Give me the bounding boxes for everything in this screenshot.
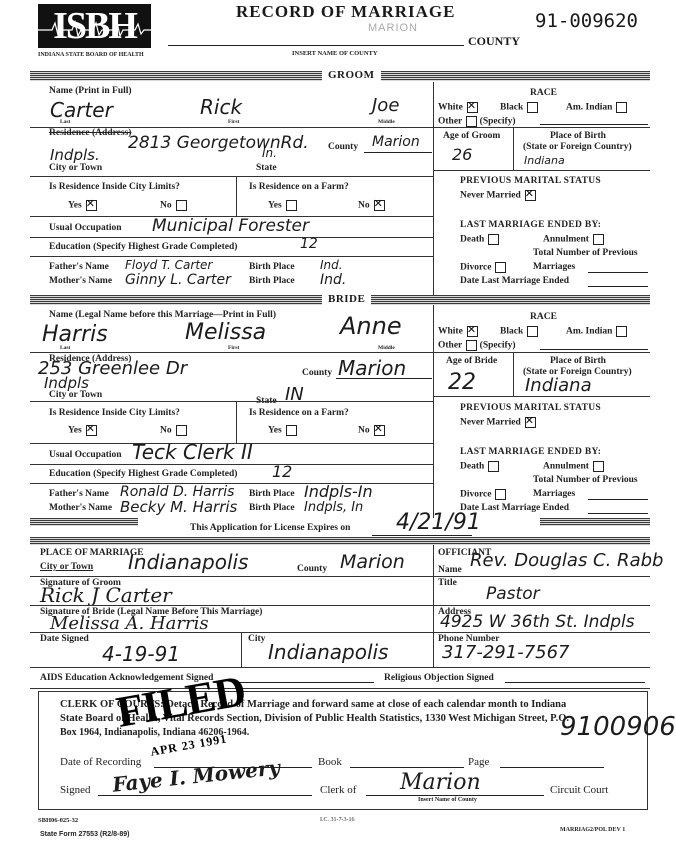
- logo-caption: INDIANA STATE BOARD OF HEALTH: [38, 52, 144, 58]
- checkbox-checked[interactable]: [525, 417, 536, 428]
- yes-label: Yes: [68, 201, 82, 211]
- never-married-label: Never Married: [460, 418, 521, 428]
- divider: [30, 464, 433, 465]
- groom-education-label: Education (Specify Highest Grade Complet…: [49, 242, 237, 252]
- county-label: COUNTY: [468, 34, 520, 49]
- specify-label: (Specify): [480, 341, 516, 351]
- dev-code: MARRIAG2/POL DEV 1: [560, 827, 625, 833]
- groom-age: 26: [452, 145, 472, 164]
- groom-race-black[interactable]: Black: [500, 102, 538, 113]
- groom-mother-label: Mother's Name: [49, 276, 112, 286]
- underline: [588, 513, 648, 514]
- groom-occupation: Municipal Forester: [152, 216, 309, 236]
- heartbeat-line-icon: [38, 20, 151, 38]
- date-recording-label: Date of Recording: [60, 756, 141, 768]
- bride-city-limits-yes[interactable]: Yes: [68, 425, 97, 436]
- groom-band: GROOM: [30, 71, 650, 81]
- officiant-name-label: Name: [438, 565, 462, 575]
- groom-residence-label: Residence (Address): [49, 128, 131, 138]
- groom-mother-birth-label: Birth Place: [249, 276, 295, 286]
- bride-father-label: Father's Name: [49, 489, 109, 499]
- groom-county: Marion: [372, 134, 420, 150]
- bride-divorce[interactable]: Divorce: [460, 489, 506, 500]
- black-label: Black: [500, 103, 523, 113]
- license-expires-label: This Application for License Expires on: [190, 523, 350, 533]
- record-number: 91-009620: [535, 10, 638, 32]
- groom-city-limits-no[interactable]: No: [160, 200, 187, 211]
- bride-never-married[interactable]: Never Married: [460, 417, 536, 428]
- groom-father-label: Father's Name: [49, 262, 109, 272]
- groom-residence: 2813 GeorgetownRd.: [128, 133, 309, 153]
- am-indian-label: Am. Indian: [566, 103, 612, 113]
- bride-mother-birthplace: Indpls, In: [304, 500, 363, 515]
- divider: [433, 127, 650, 128]
- divider: [433, 396, 650, 397]
- divider: [433, 352, 650, 353]
- county-line: [168, 45, 464, 46]
- groom-last-marriage-label: LAST MARRIAGE ENDED BY:: [460, 220, 601, 230]
- groom-mother-birthplace: Ind.: [320, 272, 346, 288]
- am-indian-label: Am. Indian: [566, 327, 612, 337]
- page-label: Page: [468, 756, 489, 768]
- divider: [433, 632, 650, 633]
- clerk-of-caption: Insert Name of County: [418, 797, 477, 803]
- checkbox[interactable]: [176, 200, 187, 211]
- circuit-court-label: Circuit Court: [550, 784, 608, 796]
- checkbox-checked[interactable]: [374, 200, 385, 211]
- underline: [588, 499, 648, 500]
- divider: [30, 352, 433, 353]
- checkbox[interactable]: [527, 102, 538, 113]
- bride-last-marriage-label: LAST MARRIAGE ENDED BY:: [460, 447, 601, 457]
- clerk-of-line[interactable]: [366, 795, 544, 796]
- no-label: No: [160, 201, 172, 211]
- bride-race-label: RACE: [530, 312, 557, 322]
- checkbox[interactable]: [616, 102, 627, 113]
- checkbox-checked[interactable]: [86, 200, 97, 211]
- middle-caption: Middle: [378, 119, 395, 125]
- checkbox[interactable]: [495, 262, 506, 273]
- checkbox[interactable]: [488, 461, 499, 472]
- groom-birthplace-label: Place of Birth: [550, 131, 606, 141]
- groom-occupation-label: Usual Occupation: [49, 223, 122, 233]
- clerk-of-label: Clerk of: [320, 784, 356, 796]
- ic-code: I.C. 31-7-3-16: [320, 817, 355, 823]
- divider: [513, 352, 514, 396]
- middle-caption: Middle: [378, 345, 395, 351]
- signed-city-label: City: [248, 634, 265, 644]
- place-county: Marion: [340, 551, 405, 573]
- county-caption: INSERT NAME OF COUNTY: [292, 50, 378, 57]
- bride-race-amindian[interactable]: Am. Indian: [566, 326, 627, 337]
- groom-section-label: GROOM: [322, 69, 381, 82]
- groom-father: Floyd T. Carter: [125, 258, 212, 272]
- checkbox[interactable]: [527, 326, 538, 337]
- place-county-label: County: [297, 564, 327, 574]
- bride-mother: Becky M. Harris: [120, 498, 237, 516]
- divider: [30, 256, 433, 257]
- groom-signature: Rick J Carter: [40, 583, 172, 607]
- checkbox[interactable]: [176, 425, 187, 436]
- bride-city-limits-no[interactable]: No: [160, 425, 187, 436]
- first-caption: First: [228, 119, 239, 125]
- bride-signature: Melissa A. Harris: [50, 613, 209, 634]
- groom-first-name: Rick: [200, 95, 242, 119]
- groom-county-label: County: [328, 142, 358, 152]
- groom-farm-yes[interactable]: Yes: [268, 200, 297, 211]
- divorce-label: Divorce: [460, 263, 491, 273]
- annulment-label: Annulment: [543, 235, 589, 245]
- checkbox[interactable]: [495, 489, 506, 500]
- bride-last-name: Harris: [42, 322, 108, 347]
- divider: [433, 170, 650, 171]
- divider: [30, 576, 433, 577]
- bride-date-last-label: Date Last Marriage Ended: [460, 503, 569, 513]
- bride-birthplace-label: Place of Birth: [550, 356, 606, 366]
- groom-birthplace-sublabel: (State or Foreign Country): [523, 142, 632, 152]
- divider: [433, 545, 434, 667]
- bride-death[interactable]: Death: [460, 461, 499, 472]
- religious-objection-label: Religious Objection Signed: [384, 673, 494, 683]
- place-band: [30, 537, 650, 545]
- groom-farm-no[interactable]: No: [358, 200, 385, 211]
- specify-label: (Specify): [480, 117, 516, 127]
- bride-farm-label: Is Residence on a Farm?: [249, 408, 349, 418]
- groom-marriages-label: Marriages: [533, 262, 575, 272]
- groom-divorce[interactable]: Divorce: [460, 262, 506, 273]
- bride-city-label: City or Town: [49, 390, 102, 400]
- bride-middle-name: Anne: [340, 312, 402, 340]
- divider: [241, 632, 242, 667]
- bride-farm-yes[interactable]: Yes: [268, 425, 297, 436]
- underline: [540, 124, 648, 125]
- checkbox[interactable]: [488, 234, 499, 245]
- date-signed: 4-19-91: [102, 642, 180, 666]
- officiant-address: 4925 W 36th St. Indpls: [440, 612, 635, 632]
- bride-occupation-label: Usual Occupation: [49, 450, 122, 460]
- checkbox-checked[interactable]: [467, 326, 478, 337]
- bride-total-prev-label: Total Number of Previous: [533, 475, 638, 485]
- white-label: White: [438, 103, 463, 113]
- last-caption: Last: [60, 345, 70, 351]
- underline: [588, 286, 648, 287]
- divider: [30, 237, 433, 238]
- groom-education: 12: [300, 236, 318, 252]
- white-label: White: [438, 327, 463, 337]
- other-label: Other: [438, 117, 462, 127]
- underline: [588, 272, 648, 273]
- bride-race-white[interactable]: White: [438, 326, 478, 337]
- groom-middle-name: Joe: [372, 95, 399, 116]
- groom-never-married[interactable]: Never Married: [460, 190, 536, 201]
- groom-race-label: RACE: [530, 88, 557, 98]
- signed-city: Indianapolis: [268, 640, 388, 664]
- divider: [30, 401, 433, 402]
- divider: [236, 401, 237, 443]
- bride-race-black[interactable]: Black: [500, 326, 538, 337]
- groom-state: In.: [262, 146, 277, 160]
- page-line[interactable]: [500, 767, 604, 768]
- divider: [30, 176, 433, 177]
- checkbox[interactable]: [466, 340, 477, 351]
- groom-city: Indpls.: [50, 146, 100, 164]
- license-expires-date: 4/21/91: [396, 510, 481, 535]
- bride-farm-no[interactable]: No: [358, 425, 385, 436]
- groom-race-amindian[interactable]: Am. Indian: [566, 102, 627, 113]
- bride-first-name: Melissa: [185, 320, 266, 345]
- bride-age: 22: [448, 370, 476, 395]
- clerk-of-county: Marion: [400, 770, 481, 795]
- groom-age-label: Age of Groom: [443, 131, 500, 141]
- bride-mother-label: Mother's Name: [49, 503, 112, 513]
- bride-county-label: County: [302, 368, 332, 378]
- bride-father-birthplace: Indpls-In: [304, 482, 373, 501]
- bride-education: 12: [272, 462, 292, 481]
- groom-mother: Ginny L. Carter: [125, 272, 231, 288]
- decorative-band: [30, 518, 138, 526]
- divider: [433, 605, 650, 606]
- checkbox-checked[interactable]: [374, 425, 385, 436]
- book-line[interactable]: [350, 767, 464, 768]
- first-caption: First: [228, 345, 239, 351]
- bride-birthplace: Indiana: [525, 375, 592, 396]
- officiant-phone: 317-291-7567: [442, 642, 570, 663]
- county-stamp: MARION: [368, 22, 418, 34]
- bride-race-other[interactable]: Other (Specify): [438, 340, 516, 351]
- groom-prev-status-label: PREVIOUS MARITAL STATUS: [460, 176, 601, 186]
- groom-city-limits-label: Is Residence Inside City Limits?: [49, 182, 180, 192]
- other-label: Other: [438, 341, 462, 351]
- groom-state-label: State: [256, 163, 277, 173]
- file-number: 9100906: [560, 712, 676, 742]
- divider: [30, 632, 433, 633]
- groom-father-birth-label: Birth Place: [249, 262, 295, 272]
- place-city: Indianapolis: [128, 550, 248, 574]
- bride-age-label: Age of Bride: [446, 356, 497, 366]
- groom-farm-label: Is Residence on a Farm?: [249, 182, 349, 192]
- bride-band: BRIDE: [30, 295, 650, 305]
- checkbox[interactable]: [286, 200, 297, 211]
- groom-annulment[interactable]: Annulment: [543, 234, 604, 245]
- bride-annulment[interactable]: Annulment: [543, 461, 604, 472]
- yes-label: Yes: [268, 201, 282, 211]
- divider: [433, 576, 650, 577]
- groom-total-prev-label: Total Number of Previous: [533, 248, 638, 258]
- form-title: RECORD OF MARRIAGE: [236, 2, 455, 22]
- underline: [540, 349, 648, 350]
- officiant-title-label: Title: [438, 578, 457, 588]
- groom-race-other[interactable]: Other (Specify): [438, 116, 516, 127]
- divorce-label: Divorce: [460, 490, 491, 500]
- groom-city-label: City or Town: [49, 163, 102, 173]
- underline: [364, 152, 432, 153]
- signed-line[interactable]: [98, 795, 312, 796]
- groom-father-birthplace: Ind.: [320, 258, 343, 272]
- divider: [30, 605, 433, 606]
- religious-objection-signature-line[interactable]: [505, 682, 645, 683]
- checkbox[interactable]: [616, 326, 627, 337]
- book-label: Book: [318, 756, 342, 768]
- yes-label: Yes: [268, 426, 282, 436]
- groom-race-white[interactable]: White: [438, 102, 478, 113]
- groom-city-limits-yes[interactable]: Yes: [68, 200, 97, 211]
- bride-county: Marion: [338, 356, 406, 380]
- checkbox[interactable]: [593, 461, 604, 472]
- bride-city-limits-label: Is Residence Inside City Limits?: [49, 408, 180, 418]
- groom-birthplace: Indiana: [524, 154, 565, 167]
- last-caption: Last: [60, 119, 70, 125]
- isbh-logo: ISBH: [38, 4, 151, 48]
- annulment-label: Annulment: [543, 462, 589, 472]
- no-label: No: [358, 201, 370, 211]
- checkbox-checked[interactable]: [467, 102, 478, 113]
- checkbox[interactable]: [286, 425, 297, 436]
- aids-ack-signature-line[interactable]: [234, 682, 374, 683]
- divider: [30, 667, 650, 668]
- divider: [236, 176, 237, 216]
- yes-label: Yes: [68, 426, 82, 436]
- no-label: No: [358, 426, 370, 436]
- signed-label: Signed: [60, 784, 91, 796]
- bride-education-label: Education (Specify Highest Grade Complet…: [49, 469, 237, 479]
- no-label: No: [160, 426, 172, 436]
- bride-marriages-label: Marriages: [533, 489, 575, 499]
- bride-section-label: BRIDE: [322, 293, 371, 306]
- state-form-number: State Form 27553 (R2/8-89): [40, 831, 129, 838]
- death-label: Death: [460, 235, 484, 245]
- death-label: Death: [460, 462, 484, 472]
- checkbox[interactable]: [466, 116, 477, 127]
- bride-occupation: Teck Clerk II: [132, 440, 253, 464]
- bride-prev-status-label: PREVIOUS MARITAL STATUS: [460, 403, 601, 413]
- form-code: SBH06-025-32: [38, 817, 78, 824]
- black-label: Black: [500, 327, 523, 337]
- underline: [372, 535, 472, 536]
- date-signed-label: Date Signed: [40, 634, 89, 644]
- officiant-name: Rev. Douglas C. Rabb: [470, 550, 663, 571]
- groom-death[interactable]: Death: [460, 234, 499, 245]
- checkbox[interactable]: [593, 234, 604, 245]
- checkbox-checked[interactable]: [525, 190, 536, 201]
- groom-name-label: Name (Print in Full): [49, 86, 132, 96]
- groom-date-last-label: Date Last Marriage Ended: [460, 276, 569, 286]
- never-married-label: Never Married: [460, 191, 521, 201]
- checkbox-checked[interactable]: [86, 425, 97, 436]
- bride-father-birth-label: Birth Place: [249, 489, 295, 499]
- divider: [513, 127, 514, 170]
- officiant-title: Pastor: [486, 584, 540, 604]
- bride-mother-birth-label: Birth Place: [249, 503, 295, 513]
- place-city-label: City or Town: [40, 562, 93, 572]
- decorative-band: [540, 518, 650, 526]
- bride-name-label: Name (Legal Name before this Marriage—Pr…: [49, 310, 276, 320]
